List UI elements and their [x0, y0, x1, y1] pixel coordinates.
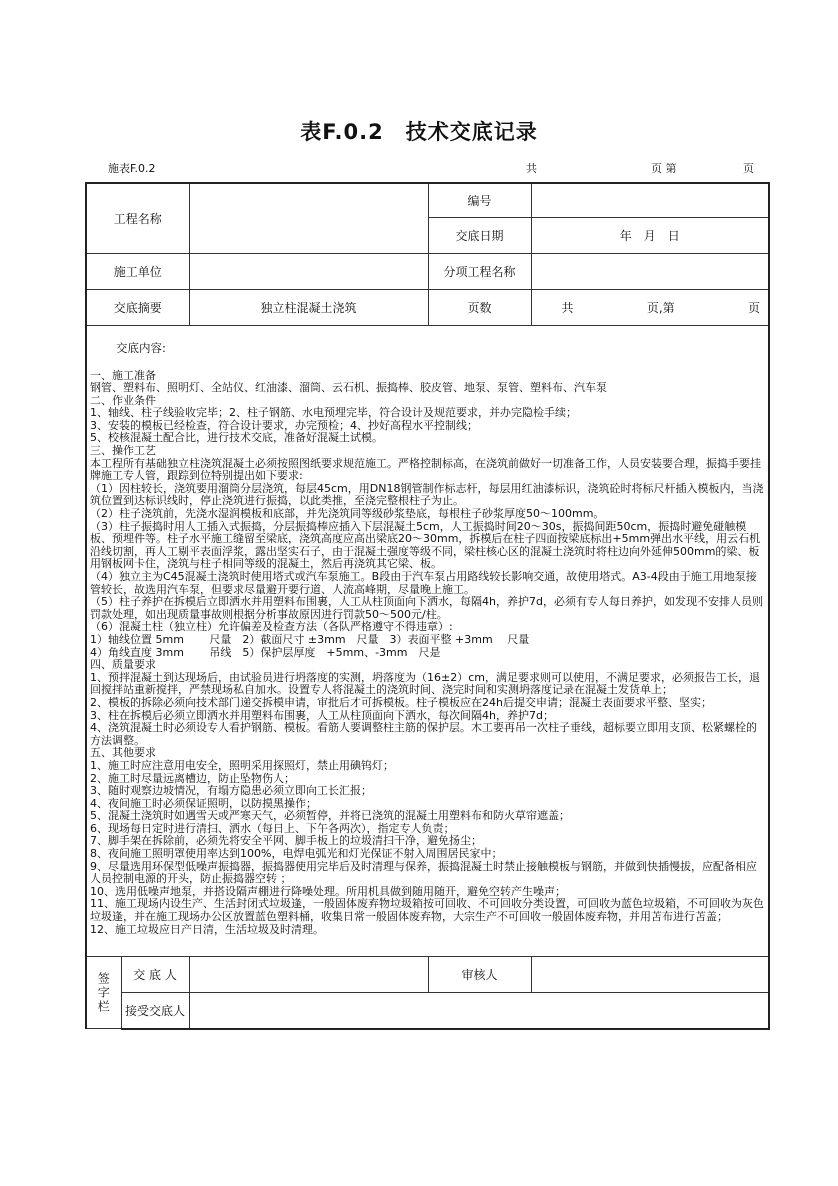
page-end-label: 页	[743, 160, 754, 176]
unit-field[interactable]	[189, 253, 428, 289]
presenter-label-text: 交 底 人	[133, 968, 177, 982]
signature-column-label: 签字栏	[86, 957, 121, 1029]
content-line: （2）柱子浇筑前，先浇水湿润模板和底部，并先浇筑同等级砂浆垫底，每根柱子砂浆厚度…	[90, 508, 766, 521]
content-line: 2、模板的拆除必须向技术部门递交拆模申请，审批后才可拆模板。柱子模板应在24h后…	[90, 697, 766, 710]
signature-column-text: 签字栏	[95, 972, 112, 1014]
pages-end: 页	[748, 299, 760, 316]
content-line: 本工程所有基础独立柱浇筑混凝土必须按照图纸要求规范施工。严格控制标高，在浇筑前做…	[90, 458, 766, 483]
project-name-label: 工程名称	[86, 183, 189, 253]
form-subheader: 施表F.0.2 共 页 第 页	[86, 160, 766, 176]
content-line: 1、施工时应注意用电安全，照明采用探照灯，禁止用碘钨灯；	[90, 760, 766, 773]
content-line: （1）因柱较长，浇筑要用溜筒分层浇筑，每层45cm，用DN18钢管制作标志杆，每…	[90, 483, 766, 508]
content-line: 3、随时观察边坡情况，有塌方隐患必须立即向工长汇报；	[90, 785, 766, 798]
number-field[interactable]	[531, 183, 769, 217]
content-line: 9、尽量选用环保型低噪声振捣器，振捣器使用完毕后及时清理与保养，振捣混凝土时禁止…	[90, 861, 766, 886]
summary-label: 交底摘要	[86, 289, 189, 325]
disclosure-content: 交底内容: 一、施工准备钢管、塑料布、照明灯、全站仪、红油漆、溜筒、云石机、振捣…	[86, 325, 769, 957]
project-name-field[interactable]	[189, 183, 428, 253]
content-line: 5、混凝土浇筑时如遇雪天或严寒天气，必须暂停，并将已浇筑的混凝土用塑料布和防火草…	[90, 810, 766, 823]
document-title: 表F.0.2 技术交底记录	[0, 116, 838, 146]
receiver-label: 接受交底人	[121, 993, 189, 1029]
pages-mid: 页,第	[647, 299, 675, 316]
date-field[interactable]: 年 月 日	[531, 217, 769, 253]
content-line: 钢管、塑料布、照明灯、全站仪、红油漆、溜筒、云石机、振捣棒、胶皮管、地泵、泵管、…	[90, 382, 766, 395]
presenter-label: 交 底 人	[121, 957, 189, 993]
content-line: 四、质量要求	[90, 659, 766, 672]
unit-label: 施工单位	[86, 253, 189, 289]
pages-total: 共	[562, 299, 574, 316]
reviewer-label: 审核人	[428, 957, 531, 993]
presenter-field[interactable]	[189, 957, 428, 993]
summary-field[interactable]: 独立柱混凝土浇筑	[189, 289, 428, 325]
receiver-field[interactable]	[189, 993, 769, 1029]
content-line: 12、施工垃圾应日产日清，生活垃圾及时清理。	[90, 924, 766, 937]
date-label: 交底日期	[428, 217, 531, 253]
reviewer-field[interactable]	[531, 957, 769, 993]
number-label: 编号	[428, 183, 531, 217]
content-line: 8、夜间施工照明罩使用率达到100%，电焊电弧光和灯光保证不射入周围居民家中；	[90, 848, 766, 861]
page-mid-label: 页 第	[651, 160, 677, 176]
subproject-label: 分项工程名称	[428, 253, 531, 289]
content-line: 1、预拌混凝土到达现场后，由试验员进行坍落度的实测，坍落度为（16±2）cm，满…	[90, 672, 766, 697]
content-line: （5）柱子养护在拆模后立即洒水并用塑料布围裹，人工从柱顶面向下洒水，每隔4h，养…	[90, 596, 766, 621]
subproject-field[interactable]	[531, 253, 769, 289]
pages-field[interactable]: 共 页,第 页	[531, 289, 769, 325]
content-line: 4）角线直度 3mm 吊线 5）保护层厚度 +5mm、-3mm 尺是	[90, 647, 766, 660]
content-line: （3）柱子振捣时用人工插入式振捣，分层振捣棒应插入下层混凝土5cm，人工振捣时间…	[90, 521, 766, 571]
content-heading: 交底内容:	[90, 332, 766, 370]
content-body: 一、施工准备钢管、塑料布、照明灯、全站仪、红油漆、溜筒、云石机、振捣棒、胶皮管、…	[90, 370, 766, 937]
content-line: 4、浇筑混凝土时必须设专人看护钢筋、模板。看筋人要调整柱主筋的保护层。木工要再吊…	[90, 722, 766, 747]
form-code: 施表F.0.2	[108, 160, 156, 176]
content-line: 1）轴线位置 5mm 尺量 2）截面尺寸 ±3mm 尺量 3）表面平整 +3mm…	[90, 634, 766, 647]
content-line: 11、施工现场内设生产、生活封闭式垃圾逢，一般固体废弃物垃圾箱按可回收、不可回收…	[90, 898, 766, 923]
content-line: 三、操作工艺	[90, 445, 766, 458]
pages-label: 页数	[428, 289, 531, 325]
content-line: 1、轴线、柱子线验收完毕；2、柱子钢筋、水电预埋完毕，符合设计及规范要求，并办完…	[90, 407, 766, 420]
content-line: 5、校核混凝土配合比，进行技术交底，准备好混凝土试模。	[90, 432, 766, 445]
disclosure-record-table: 工程名称 编号 交底日期 年 月 日 施工单位 分项工程名称 交底摘要 独立柱混…	[85, 182, 770, 1030]
page-total-label: 共	[526, 160, 537, 176]
content-line: （4）独立主为C45混凝土浇筑时使用塔式或汽车泵施工。B段由于汽车泵占用路线较长…	[90, 571, 766, 596]
